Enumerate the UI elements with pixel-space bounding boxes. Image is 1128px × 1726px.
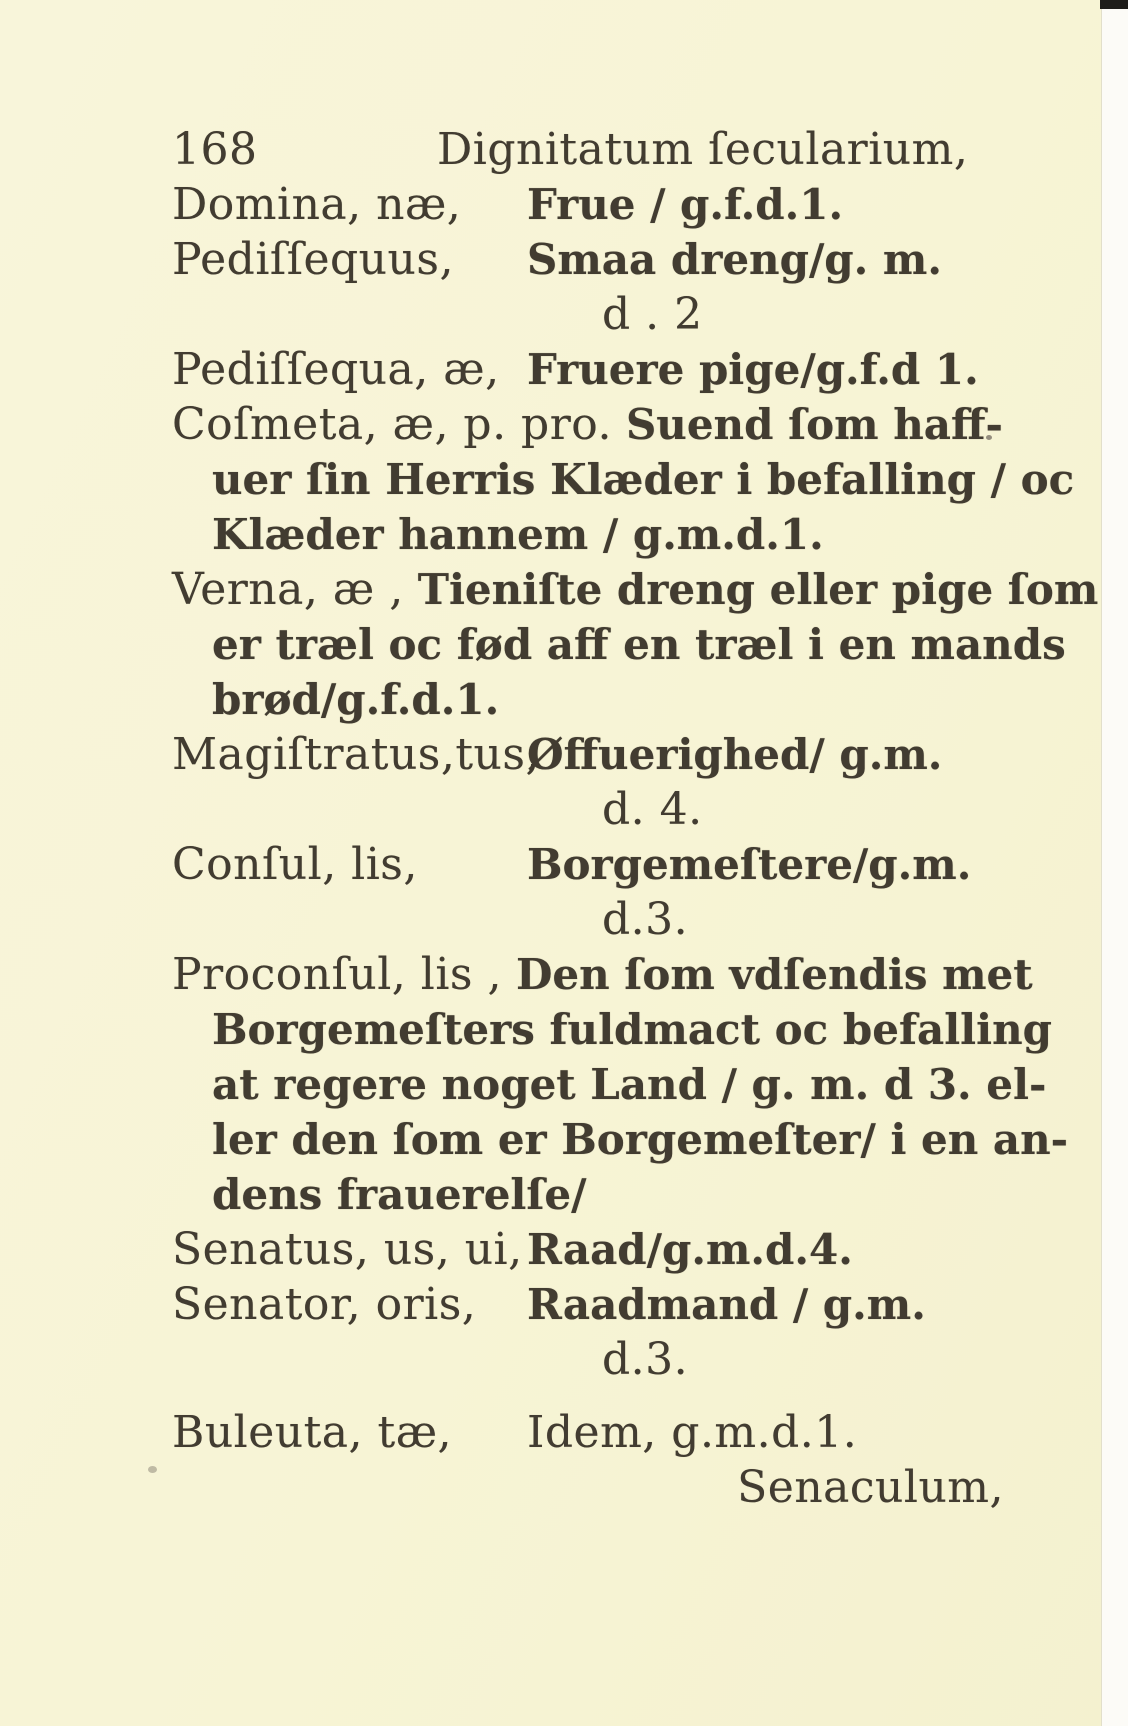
catchword-line: Senaculum, (172, 1460, 1004, 1515)
danish-gloss: ler den ſom er Borgemeſter/ i en an- (212, 1115, 1068, 1164)
danish-gloss: Fruere pige/g.f.d 1. (527, 345, 979, 394)
text-line: Pediſſequus,Smaa dreng/g. m. (172, 232, 1004, 287)
danish-gloss: Frue / g.f.d.1. (527, 180, 843, 229)
danish-gloss: d.3. (602, 894, 688, 945)
danish-gloss: brød/g.f.d.1. (212, 675, 499, 724)
text-line: Klæder hannem / g.m.d.1. (172, 507, 1004, 562)
text-line: dens frauerelſe/ (172, 1167, 1004, 1222)
latin-term: Buleuta, tæ, (172, 1405, 527, 1460)
scan-corner-mark (1100, 0, 1128, 9)
danish-gloss: Raadmand / g.m. (527, 1280, 926, 1329)
danish-gloss: Klæder hannem / g.m.d.1. (212, 510, 824, 559)
danish-gloss: d.3. (602, 1334, 688, 1385)
text-line: Senator, oris,Raadmand / g.m. (172, 1277, 1004, 1332)
danish-gloss: Borgemeſters fuldmact oc befalling (212, 1005, 1052, 1054)
danish-gloss: uer ſin Herris Klæder i befalling / oc (212, 455, 1074, 504)
ink-speck (148, 1466, 157, 1473)
text-line: Borgemeſters fuldmact oc befalling (172, 1002, 1004, 1057)
latin-term: Senator, oris, (172, 1277, 527, 1332)
danish-gloss: at regere noget Land / g. m. d 3. el- (212, 1060, 1046, 1109)
danish-gloss: Borgemeſtere/g.m. (527, 840, 971, 889)
latin-term: Pediſſequa, æ, (172, 342, 527, 397)
danish-gloss: Raad/g.m.d.4. (527, 1225, 853, 1274)
page-number: 168 (172, 122, 437, 177)
text-line: d. 4. (172, 782, 1004, 837)
catchword: Senaculum, (737, 1462, 1004, 1513)
latin-term: Pediſſequus, (172, 232, 527, 287)
text-line: Verna, æ ,Tieniſte dreng eller pige ſom (172, 562, 1004, 617)
latin-term: Coſmeta, æ, p. pro. (172, 399, 612, 450)
danish-gloss: Idem, g.m.d.1. (527, 1407, 857, 1458)
text-line: Conſul, lis,Borgemeſtere/g.m. (172, 837, 1004, 892)
danish-gloss: er træl oc fød aff en træl i en mands (212, 620, 1066, 669)
danish-gloss: Øffuerighed/ g.m. (527, 730, 942, 779)
text-line: d.3. (172, 892, 1004, 947)
text-line: Proconſul, lis ,Den ſom vdſendis met (172, 947, 1004, 1002)
danish-gloss: dens frauerelſe/ (212, 1170, 587, 1219)
latin-term: Senatus, us, ui, (172, 1222, 527, 1277)
text-line: ler den ſom er Borgemeſter/ i en an- (172, 1112, 1004, 1167)
running-title: Dignitatum ſecularium, (437, 124, 968, 175)
text-line: Pediſſequa, æ,Fruere pige/g.f.d 1. (172, 342, 1004, 397)
text-line: brød/g.f.d.1. (172, 672, 1004, 727)
danish-gloss: d. 4. (602, 784, 703, 835)
text-lines: Domina, næ,Frue / g.f.d.1.Pediſſequus,Sm… (172, 177, 1004, 1460)
header-line: 168Dignitatum ſecularium, (172, 122, 1004, 177)
text-line: d.3. (172, 1332, 1004, 1387)
text-line: at regere noget Land / g. m. d 3. el- (172, 1057, 1004, 1112)
danish-gloss: d . 2 (602, 289, 703, 340)
latin-term: Magiſtratus,tus, (172, 727, 527, 782)
latin-term: Conſul, lis, (172, 837, 527, 892)
latin-term: Proconſul, lis , (172, 949, 502, 1000)
danish-gloss: Suend ſom haff- (626, 400, 1003, 449)
danish-gloss: Den ſom vdſendis met (516, 950, 1033, 999)
text-line: Coſmeta, æ, p. pro.Suend ſom haff- (172, 397, 1004, 452)
danish-gloss: Smaa dreng/g. m. (527, 235, 942, 284)
text-line: Magiſtratus,tus,Øffuerighed/ g.m. (172, 727, 1004, 782)
text-line: Domina, næ,Frue / g.f.d.1. (172, 177, 1004, 232)
text-line: er træl oc fød aff en træl i en mands (172, 617, 1004, 672)
text-line: uer ſin Herris Klæder i befalling / oc (172, 452, 1004, 507)
text-line: Buleuta, tæ,Idem, g.m.d.1. (172, 1405, 1004, 1460)
text-line: Senatus, us, ui,Raad/g.m.d.4. (172, 1222, 1004, 1277)
scan-edge-strip (1101, 0, 1128, 1726)
text-line: d . 2 (172, 287, 1004, 342)
page-text-block: 168Dignitatum ſecularium, Domina, næ,Fru… (172, 122, 1004, 1515)
scanned-book-page: 168Dignitatum ſecularium, Domina, næ,Fru… (0, 0, 1128, 1726)
latin-term: Domina, næ, (172, 177, 527, 232)
latin-term: Verna, æ , (172, 564, 404, 615)
danish-gloss: Tieniſte dreng eller pige ſom (418, 565, 1099, 614)
